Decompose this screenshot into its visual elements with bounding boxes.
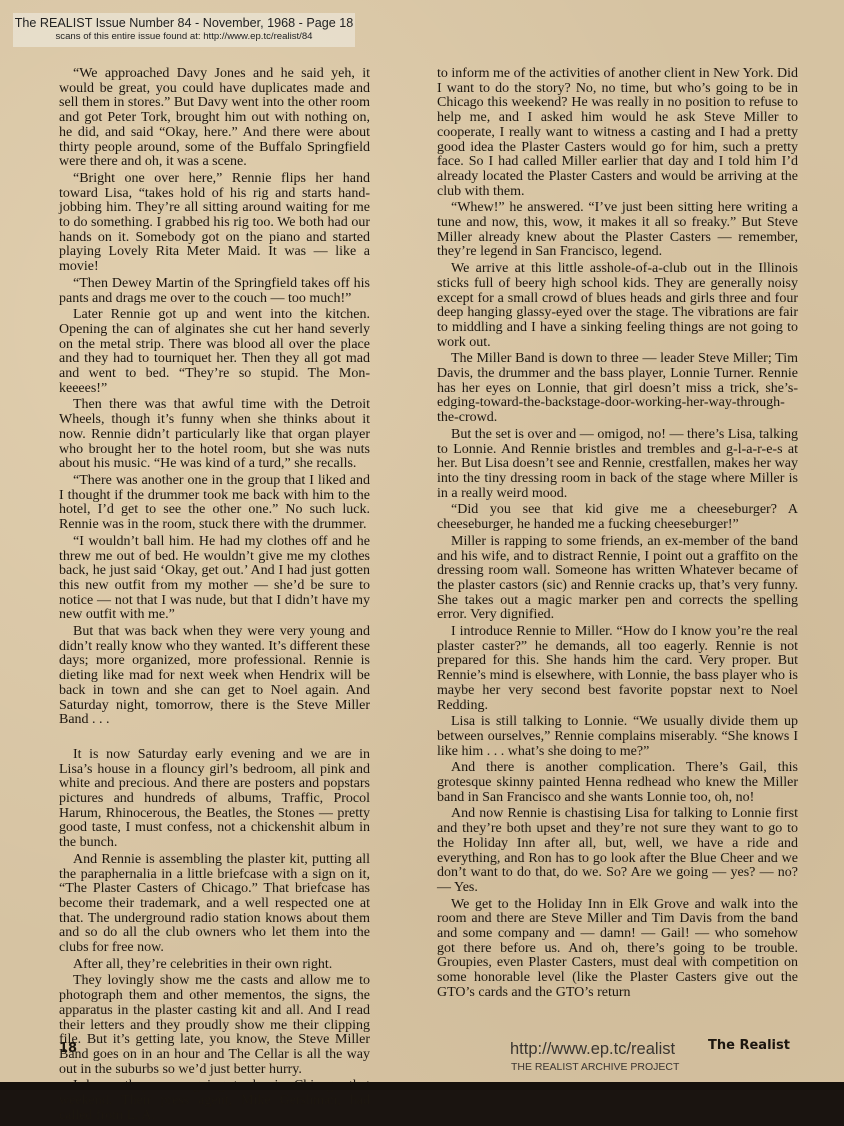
scan-border <box>0 1082 844 1090</box>
paragraph: They lovingly show me the casts and allo… <box>59 974 370 1077</box>
paragraph: Lisa is still talking to Lonnie. “We usu… <box>437 715 798 759</box>
paragraph: After all, they’re celebrities in their … <box>59 958 370 973</box>
paragraph: I introduce Rennie to Miller. “How do I … <box>437 625 798 713</box>
paragraph: But that was back when they were very yo… <box>59 625 370 728</box>
archive-banner: The REALIST Issue Number 84 - November, … <box>13 13 355 47</box>
paragraph: And now Rennie is chastising Lisa for ta… <box>437 807 798 895</box>
paragraph: Then there was that awful time with the … <box>59 398 370 472</box>
paragraph: “Then Dewey Martin of the Springfield ta… <box>59 277 370 306</box>
paragraph: It is now Saturday early evening and we … <box>59 748 370 851</box>
paragraph: “Did you see that kid give me a cheesebu… <box>437 503 798 532</box>
paragraph: “Bright one over here,” Rennie flips her… <box>59 172 370 275</box>
paragraph: to inform me of the activities of anothe… <box>437 67 798 199</box>
paragraph: Miller is rapping to some friends, an ex… <box>437 535 798 623</box>
magazine-page: The REALIST Issue Number 84 - November, … <box>0 0 844 1082</box>
paragraph: “We approached Davy Jones and he said ye… <box>59 67 370 170</box>
archive-project-label: THE REALIST ARCHIVE PROJECT <box>511 1061 679 1073</box>
paragraph: “There was another one in the group that… <box>59 474 370 533</box>
masthead: The Realist <box>708 1038 790 1053</box>
paragraph: And Rennie is assembling the plaster kit… <box>59 853 370 956</box>
paragraph: And there is another complication. There… <box>437 761 798 805</box>
paragraph: Later Rennie got up and went into the ki… <box>59 308 370 396</box>
banner-title: The REALIST Issue Number 84 - November, … <box>13 13 355 31</box>
paragraph: “I wouldn’t ball him. He had my clothes … <box>59 535 370 623</box>
right-column: to inform me of the activities of anothe… <box>437 67 798 1003</box>
paragraph: We arrive at this little asshole-of-a-cl… <box>437 262 798 350</box>
page-number: 18 <box>59 1041 77 1056</box>
left-column: “We approached Davy Jones and he said ye… <box>59 67 370 1090</box>
archive-url[interactable]: http://www.ep.tc/realist <box>510 1040 675 1059</box>
paragraph: But the set is over and — omigod, no! — … <box>437 428 798 502</box>
paragraph: “Whew!” he answered. “I’ve just been sit… <box>437 201 798 260</box>
paragraph: We get to the Holiday Inn in Elk Grove a… <box>437 898 798 1001</box>
paragraph: The Miller Band is down to three — leade… <box>437 352 798 426</box>
banner-subtitle: scans of this entire issue found at: htt… <box>13 31 355 43</box>
